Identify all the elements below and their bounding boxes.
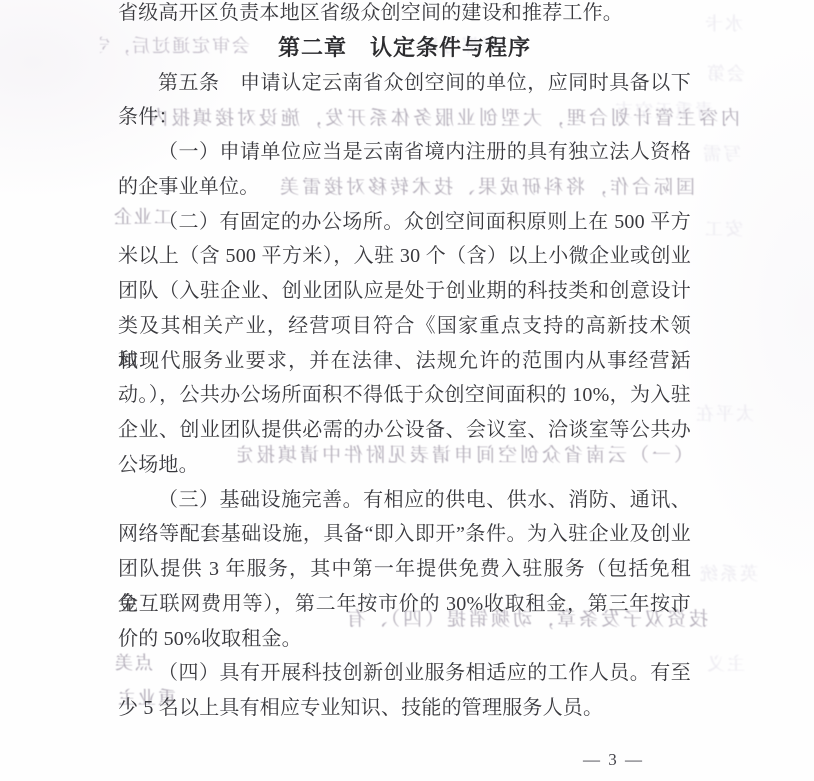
text-line: （三）基础设施完善。有相应的供电、供水、消防、通讯、 [118,483,691,518]
text-line: 团队提供 3 年服务，其中第一年提供免费入驻服务（包括免租金、 [118,552,691,587]
text-line: （四）具有开展科技创新创业服务相适应的工作人员。有至 [118,656,691,691]
bleedthrough-fragment: 太平在 [694,400,754,426]
text-line: 企业、创业团队提供必需的办公设备、会议室、洽谈室等公共办 [118,413,691,448]
text-line: 的企事业单位。 [118,170,691,205]
bleedthrough-fragment: 安工 [698,215,743,241]
bleedthrough-fragment: 水卡 [698,10,743,36]
document-body: 省级高开区负责本地区省级众创空间的建设和推荐工作。 第二章 认定条件与程序 第五… [118,0,691,726]
text-line: （二）有固定的办公场所。众创空间面积原则上在 500 平方 [118,205,691,240]
text-line: 类及其相关产业，经营项目符合《国家重点支持的高新技术领域》 [118,309,691,344]
page-number: — 3 — [583,750,644,770]
text-line: 网络等配套基础设施，具备“即入即开”条件。为入驻企业及创业 [118,517,691,552]
text-line: 省级高开区负责本地区省级众创空间的建设和推荐工作。 [118,0,691,31]
text-line: 团队（入驻企业、创业团队应是处于创业期的科技类和创意设计 [118,274,691,309]
text-line: 公场地。 [118,448,691,483]
scanned-document-page: 会审定通过后，守 琴都穹足 青重天空支 内容主管计划合理，大型创业服务体系开发，… [0,0,814,781]
text-line: 少 5 名以上具有相应专业知识、技能的管理服务人员。 [118,691,691,726]
text-line: 条件： [118,100,691,135]
bleedthrough-fragment: 主义 [700,650,745,676]
text-line: 和现代服务业要求，并在法律、法规允许的范围内从事经营活 [118,344,691,379]
text-line: 第五条 申请认定云南省众创空间的单位，应同时具备以下 [118,66,691,101]
text-line: （一）申请单位应当是云南省境内注册的具有独立法人资格 [118,135,691,170]
text-line: 价的 50%收取租金。 [118,622,691,657]
text-line: 免互联网费用等），第二年按市价的 30%收取租金，第三年按市 [118,587,691,622]
chapter-heading: 第二章 认定条件与程序 [118,31,691,66]
bleedthrough-fragment: 写需 [696,140,741,166]
text-line: 米以上（含 500 平方米），入驻 30 个（含）以上小微企业或创业 [118,239,691,274]
bleedthrough-fragment: 英系统 [698,560,758,586]
bleedthrough-fragment: 会第 [700,60,745,86]
text-line: 动。），公共办公场所面积不得低于众创空间面积的 10%，为入驻 [118,378,691,413]
